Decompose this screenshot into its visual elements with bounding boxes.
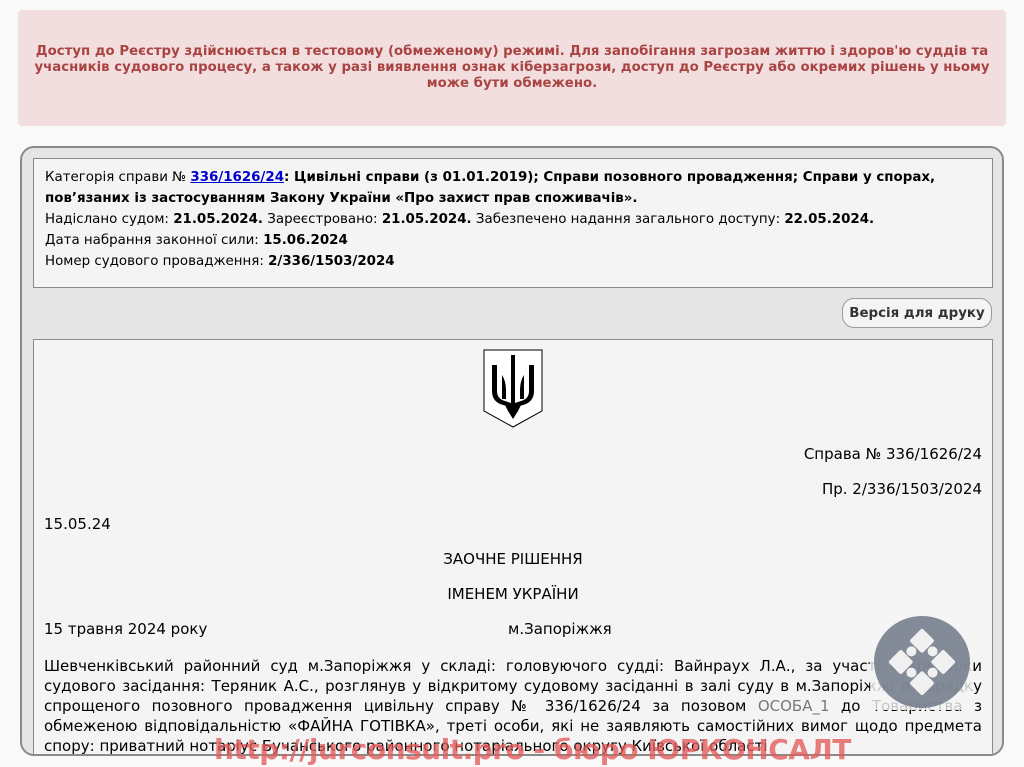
print-version-button[interactable]: Версія для друку <box>842 298 992 328</box>
alert-text: Доступ до Реєстру здійснюється в тестово… <box>34 44 990 92</box>
proceeding-label: Номер судового провадження: <box>45 254 268 269</box>
short-date: 15.05.24 <box>44 515 982 533</box>
effective-value: 15.06.2024 <box>263 233 348 248</box>
sent-value: 21.05.2024. <box>173 212 263 227</box>
puzzle-pieces-icon <box>874 616 970 708</box>
effective-label: Дата набрання законної сили: <box>45 233 263 248</box>
decision-document: Справа № 336/1626/24 Пр. 2/336/1503/2024… <box>33 339 993 756</box>
registry-access-alert: Доступ до Реєстру здійснюється в тестово… <box>18 10 1006 126</box>
case-number-heading: Справа № 336/1626/24 <box>44 445 982 463</box>
proceeding-number-heading: Пр. 2/336/1503/2024 <box>44 480 982 498</box>
case-frame: Категорія справи № 336/1626/24: Цивільні… <box>20 146 1004 756</box>
sent-label: Надіслано судом: <box>45 212 173 227</box>
case-number-link[interactable]: 336/1626/24 <box>190 170 284 185</box>
public-access-label: Забезпечено надання загального доступу: <box>472 212 785 227</box>
dates-row: Надіслано судом: 21.05.2024. Зареєстрова… <box>45 209 981 230</box>
badge-circle <box>874 616 970 708</box>
effective-date-row: Дата набрання законної сили: 15.06.2024 <box>45 230 981 251</box>
public-access-value: 22.05.2024. <box>784 212 874 227</box>
category-label: Категорія справи № <box>45 170 190 185</box>
puzzle-badge-icon[interactable] <box>870 614 972 710</box>
registered-value: 21.05.2024. <box>382 212 472 227</box>
proceeding-value: 2/336/1503/2024 <box>268 254 394 269</box>
decision-subtitle: ІМЕНЕМ УКРАЇНИ <box>44 585 982 603</box>
case-category-row: Категорія справи № 336/1626/24: Цивільні… <box>45 167 981 209</box>
ukraine-trident-emblem-icon <box>483 349 543 429</box>
proceeding-row: Номер судового провадження: 2/336/1503/2… <box>45 251 981 272</box>
case-info-panel: Категорія справи № 336/1626/24: Цивільні… <box>33 158 993 288</box>
decision-title: ЗАОЧНЕ РІШЕННЯ <box>44 550 982 568</box>
masked-party-name: ОСОБА_1 <box>758 697 830 715</box>
registered-label: Зареєстровано: <box>263 212 382 227</box>
site-watermark: http://jurconsult.pro - бюро ЮРКОНСАЛТ <box>214 733 814 767</box>
